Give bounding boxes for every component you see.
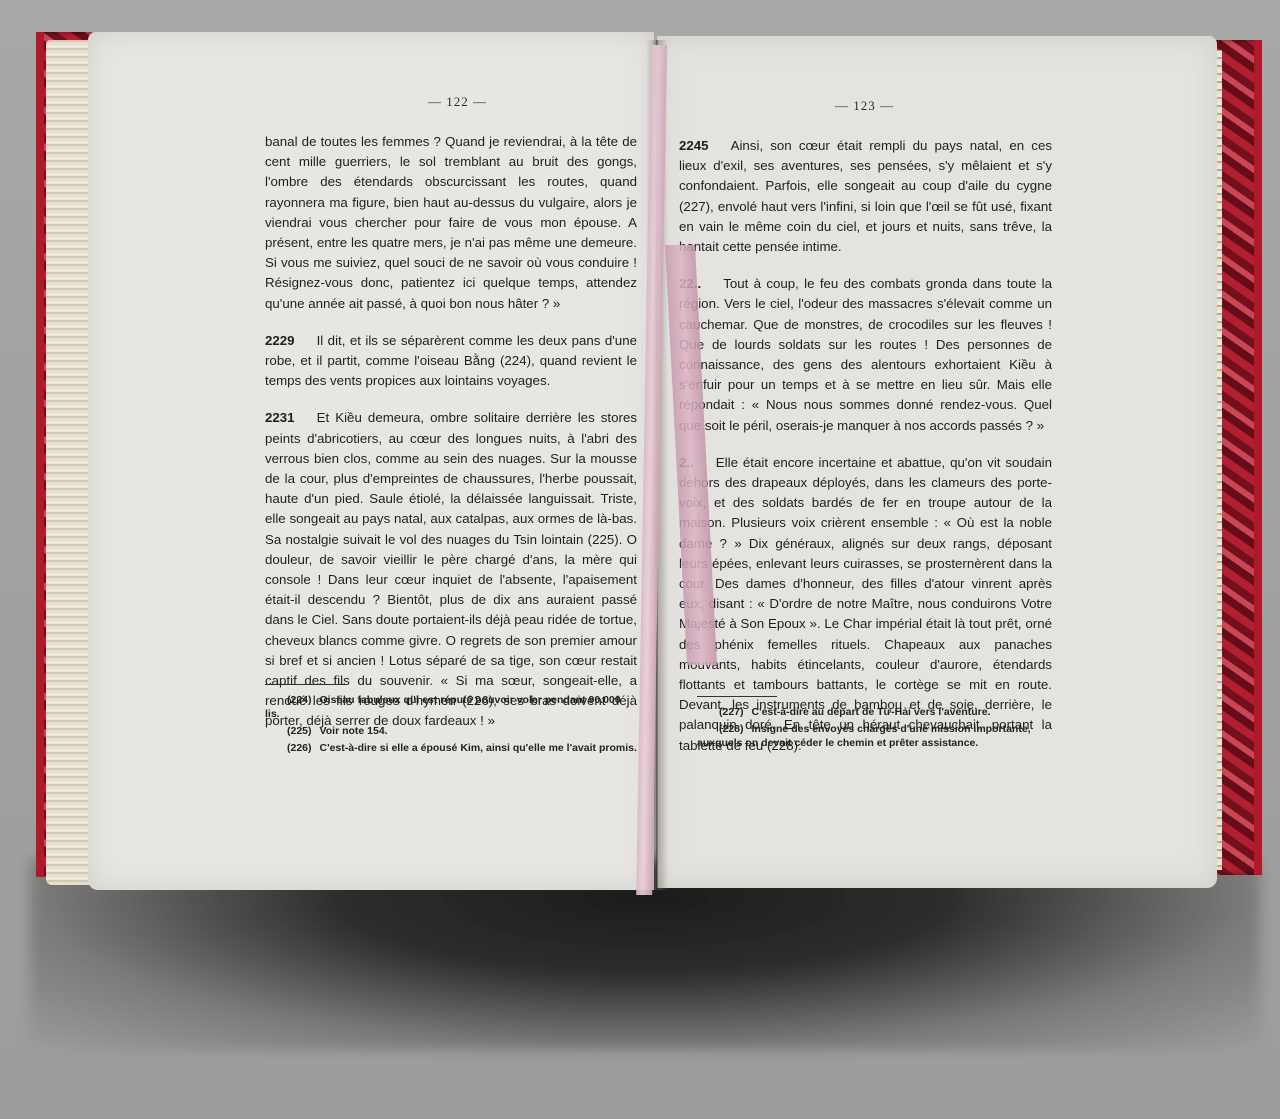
footnote: (227)C'est-à-dire au départ de Từ-Hải ve…	[697, 705, 1057, 719]
footnote: (226)C'est-à-dire si elle a épousé Kim, …	[265, 741, 637, 755]
footnote: (224)Oiseau fabuleux qui est réputé pouv…	[265, 693, 637, 721]
left-page-edges	[46, 40, 92, 885]
verse-number: 2229	[265, 333, 295, 348]
footnote-rule	[697, 696, 777, 697]
footnote: (225)Voir note 154.	[265, 724, 637, 738]
paragraph-text: Ainsi, son cœur était rempli du pays nat…	[679, 138, 1052, 254]
paragraph-text: Il dit, et ils se séparèrent comme les d…	[265, 333, 637, 388]
left-footnotes: (224)Oiseau fabuleux qui est réputé pouv…	[265, 684, 637, 758]
page-number-123: — 123 —	[835, 98, 894, 114]
verse-number: 2245	[679, 138, 709, 153]
paragraph: 22..Tout à coup, le feu des combats gron…	[679, 274, 1052, 436]
footnote: (228)Insigne des envoyés chargés d'une m…	[697, 722, 1057, 750]
paragraph-text: banal de toutes les femmes ? Quand je re…	[265, 134, 637, 311]
right-page-body: 2245Ainsi, son cœur était rempli du pays…	[679, 136, 1052, 773]
right-page: — 123 — 2245Ainsi, son cœur était rempli…	[657, 36, 1217, 888]
footnote-rule	[265, 684, 345, 685]
verse-number: 2231	[265, 410, 295, 425]
paragraph: 2229Il dit, et ils se séparèrent comme l…	[265, 331, 637, 392]
paragraph: banal de toutes les femmes ? Quand je re…	[265, 132, 637, 314]
right-footnotes: (227)C'est-à-dire au départ de Từ-Hải ve…	[697, 696, 1057, 753]
left-page: — 122 — banal de toutes les femmes ? Qua…	[88, 32, 654, 890]
left-page-body: banal de toutes les femmes ? Quand je re…	[265, 132, 637, 749]
page-number-122: — 122 —	[428, 94, 487, 110]
paragraph-text: Et Kiều demeura, ombre solitaire derrièr…	[265, 410, 637, 728]
paragraph: 2245Ainsi, son cœur était rempli du pays…	[679, 136, 1052, 257]
paragraph-text: Tout à coup, le feu des combats gronda d…	[679, 276, 1052, 432]
